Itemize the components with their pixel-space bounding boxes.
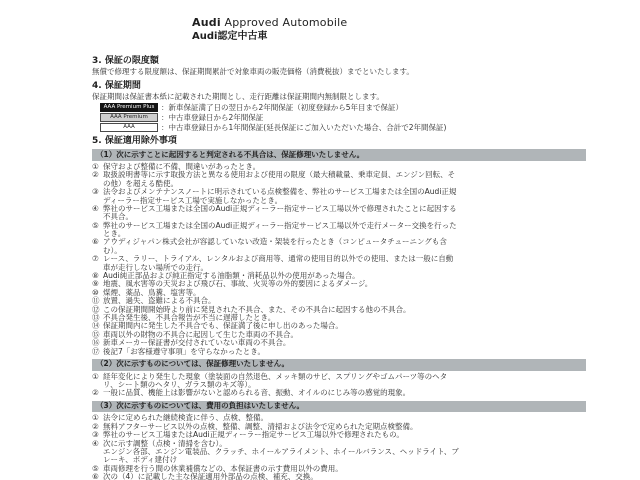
subsection-3-items: ① 法令に定められた継続検査に伴う、点検、整備。 ② 無料アフターサービス以外の…: [92, 414, 586, 480]
item-text: 経年変化により発生した現象（塗装面の自然退色、メッキ類のサビ、スプリングやゴムパ…: [103, 373, 459, 390]
exclusion-item: ⑥ アウディジャパン株式会社が容認していない改造・架装を行ったとき（コンピュータ…: [92, 238, 586, 255]
item-number: ⑦: [92, 255, 99, 263]
item-number: ⑰: [92, 348, 100, 356]
plan-description: ：新車保証満了日の翌日から2年間保証（初度登録から5年目まで保証）: [161, 104, 403, 112]
exclusion-item: ③ 法令およびメンテナンスノートに明示されている点検整備を、弊社のサービス工場ま…: [92, 188, 586, 205]
document-body: 3. 保証の限度額 無償で修理する限度額は、保証期間累計で対象車両の販売価格（消…: [92, 56, 586, 480]
item-text: 後記7「お客様遵守事項」を守らなかったとき。: [103, 348, 459, 356]
warranty-plan-row: AAA Premium Plus ：新車保証満了日の翌日から2年間保証（初度登録…: [92, 103, 586, 112]
item-text: 次に示す調整（点検・清掃を含む）。 エンジン各部、エンジン電装品、クラッチ、ホイ…: [103, 440, 459, 465]
subsection-2-bar: （2）次に示すものについては、保証修理いたしません。: [92, 359, 586, 371]
warranty-plan-row: AAA Premium ：中古車登録日から2年間保証: [92, 113, 586, 122]
exclusion-item: ① 経年変化により発生した現象（塗装面の自然退色、メッキ類のサビ、スプリングやゴ…: [92, 373, 586, 390]
item-number: ②: [92, 171, 99, 179]
plan-badge: AAA: [100, 123, 158, 132]
brand-suffix: Approved Automobile: [221, 16, 348, 29]
exclusion-item: ⑥ 次の（4）に記載した主な保証適用外部品の点検、補充、交換。: [92, 473, 586, 480]
audi-wordmark: Audi: [192, 16, 221, 29]
subsection-3-bar: （3）次に示すものについては、費用の負担はいたしません。: [92, 401, 586, 413]
item-number: ④: [92, 440, 99, 448]
item-text: 次の（4）に記載した主な保証適用外部品の点検、補充、交換。: [103, 473, 459, 480]
document-header: Audi Approved Automobile Audi認定中古車: [192, 16, 347, 43]
warranty-document-page: Audi Approved Automobile Audi認定中古車 3. 保証…: [0, 0, 640, 480]
exclusion-item: ⑦ レース、ラリー、トライアル、レンタルおよび商用等、通常の使用目的以外での使用…: [92, 255, 586, 272]
warranty-plan-row: AAA ：中古車登録日から1年間保証(延長保証にご加入いただいた場合、合計で2年…: [92, 123, 586, 132]
item-text: 弊社のサービス工場または全国のAudi正規ディーラー指定サービス工場以外で修理さ…: [103, 205, 459, 222]
item-text: 法令およびメンテナンスノートに明示されている点検整備を、弊社のサービス工場または…: [103, 188, 459, 205]
item-text: レース、ラリー、トライアル、レンタルおよび商用等、通常の使用目的以外での使用、ま…: [103, 255, 459, 272]
item-number: ③: [92, 188, 99, 196]
item-number: ④: [92, 205, 99, 213]
subsection-1-bar: （1）次に示すことに起因すると判定される不具合は、保証修理いたしません。: [92, 149, 586, 161]
section-3-heading: 3. 保証の限度額: [92, 56, 586, 66]
plan-description: ：中古車登録日から2年間保証: [161, 114, 263, 122]
brand-subtitle: Audi認定中古車: [192, 31, 347, 43]
section-5-heading: 5. 保証適用除外事項: [92, 136, 586, 146]
section-3-body: 無償で修理する限度額は、保証期間累計で対象車両の販売価格（消費税抜）までといたし…: [92, 68, 586, 76]
item-number: ⑤: [92, 222, 99, 230]
plan-badge: AAA Premium Plus: [100, 103, 158, 112]
subsection-2-items: ① 経年変化により発生した現象（塗装面の自然退色、メッキ類のサビ、スプリングやゴ…: [92, 373, 586, 398]
exclusion-item: ⑤ 弊社のサービス工場または全国のAudi正規ディーラー指定サービス工場以外で走…: [92, 222, 586, 239]
exclusion-item: ⑰ 後記7「お客様遵守事項」を守らなかったとき。: [92, 348, 586, 356]
section-4-body: 保証期間は保証書本紙に記載された期間とし、走行距離は保証期間内無制限とします。: [92, 93, 586, 101]
item-text: アウディジャパン株式会社が容認していない改造・架装を行ったとき（コンピュータチュ…: [103, 238, 459, 255]
item-number: ⑥: [92, 238, 99, 246]
item-text: 取扱説明書等に示す取扱方法と異なる使用および使用の限度（最大積載量、乗車定員、エ…: [103, 171, 459, 188]
item-text: 一般に品質、機能上は影響がないと認められる音、振動、オイルのにじみ等の感覚的現象…: [103, 389, 459, 397]
item-text: 弊社のサービス工場または全国のAudi正規ディーラー指定サービス工場以外で走行メ…: [103, 222, 459, 239]
exclusion-item: ④ 次に示す調整（点検・清掃を含む）。 エンジン各部、エンジン電装品、クラッチ、…: [92, 440, 586, 465]
brand-line: Audi Approved Automobile: [192, 16, 347, 29]
plan-badge: AAA Premium: [100, 113, 158, 122]
plan-description: ：中古車登録日から1年間保証(延長保証にご加入いただいた場合、合計で2年間保証): [161, 124, 446, 132]
exclusion-item: ② 一般に品質、機能上は影響がないと認められる音、振動、オイルのにじみ等の感覚的…: [92, 389, 586, 397]
subsection-1-items: ① 保守および整備に不備、間違いがあったとき。 ② 取扱説明書等に示す取扱方法と…: [92, 163, 586, 356]
item-number: ⑥: [92, 473, 99, 480]
item-number: ②: [92, 389, 99, 397]
exclusion-item: ④ 弊社のサービス工場または全国のAudi正規ディーラー指定サービス工場以外で修…: [92, 205, 586, 222]
warranty-plan-list: AAA Premium Plus ：新車保証満了日の翌日から2年間保証（初度登録…: [92, 103, 586, 132]
section-4-heading: 4. 保証期間: [92, 81, 586, 91]
exclusion-item: ② 取扱説明書等に示す取扱方法と異なる使用および使用の限度（最大積載量、乗車定員…: [92, 171, 586, 188]
item-number: ①: [92, 373, 99, 381]
